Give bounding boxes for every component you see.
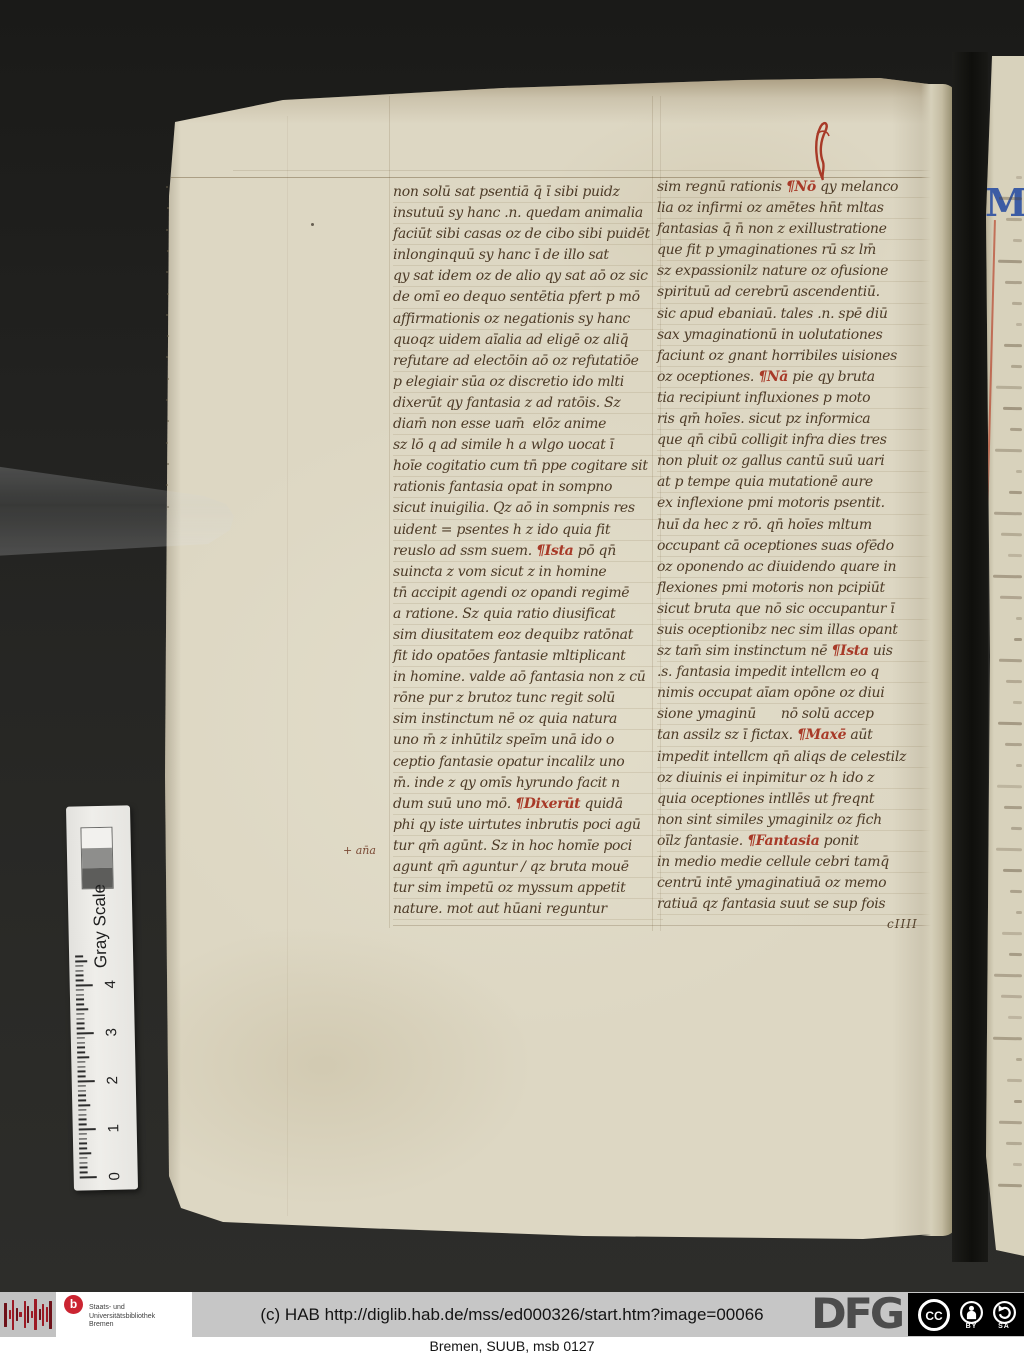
ink-text: ris qm̄ hoīes. sicut pz informica (657, 411, 870, 427)
ruler-tick (79, 1152, 91, 1154)
facing-page-text-fragment (996, 386, 1022, 390)
ink-text: sic apud ebaniaū. tales .n. spē diū (657, 306, 888, 322)
facing-page-text-fragment (999, 659, 1022, 663)
ink-text: tia recipiunt influxiones p moto (657, 390, 870, 406)
rubric-text: ¶Ista (536, 543, 573, 559)
ink-text: in homine. valde aō fantasia non z cū (393, 669, 645, 685)
ruler-tick (80, 1176, 97, 1178)
ruler-tick (78, 1076, 86, 1078)
ink-text: tur sim impetū oz myssum appetit (393, 880, 626, 896)
ink-text: tur qm̄ agūnt. Sz in hoc homīe poci (393, 838, 632, 854)
facing-page-text-fragment (1016, 911, 1022, 914)
facing-page-text-fragment (1010, 890, 1022, 893)
manuscript-line: sicut inuigilia. Qz aō in sompnis res (393, 498, 663, 519)
ruler-ticks: 01234 (66, 805, 130, 806)
facing-page-text-fragment (999, 1121, 1022, 1125)
facing-page-text-fragment (1011, 365, 1022, 368)
ruler-tick (78, 1100, 86, 1102)
ink-text: lia oz infirmi oz amētes hn̄t mltas (657, 200, 884, 216)
facing-page-text-fragment (1016, 176, 1022, 179)
ink-text: rationis fantasia opat in sompno (393, 479, 612, 495)
manuscript-line: tur qm̄ agūnt. Sz in hoc homīe poci (393, 836, 663, 857)
ink-text: quidā (580, 796, 622, 812)
facing-page-text-fragment (1009, 491, 1022, 494)
prick-mark (167, 463, 169, 465)
manuscript-line: tur sim impetū oz myssum appetit (393, 878, 663, 899)
facing-page-text-fragment (994, 512, 1022, 516)
ink-text: sim diusitatem eoz dequibz ratōnat (393, 627, 633, 643)
ink-text: aūt (846, 727, 872, 743)
ink-text: pie qy bruta (788, 369, 875, 385)
facing-page-text-fragment (1011, 827, 1022, 830)
manuscript-line: non sint similes ymaginilz oz fich (657, 810, 941, 831)
facing-page-text-fragment (1003, 407, 1022, 411)
ink-text: fantasias q̄ n̄ non z exillustratione (657, 221, 887, 237)
ink-text: ratiuā qz fantasia suut se sup fois (657, 896, 885, 912)
ink-text: de omī eo dequo sentētia pfert p mō (393, 289, 640, 305)
ink-text: sicut bruta que nō sic occupantur ī (657, 601, 894, 617)
ruler-tick (75, 960, 87, 962)
manuscript-line: inlonginquū sy hanc ī de illo sat (393, 245, 663, 266)
manuscript-line: in homine. valde aō fantasia non z cū (393, 667, 663, 688)
ruler-tick (77, 1028, 85, 1030)
facing-page-text-fragment (994, 974, 1022, 978)
ruler-tick (76, 1018, 84, 1020)
ruler-tick (78, 1104, 90, 1106)
facing-page-text-fragment (1001, 995, 1022, 999)
ink-text: uident = psentes h z ido quia fit (393, 522, 610, 538)
ink-text: non pluit oz gallus cantū suū uari (657, 453, 884, 469)
facing-page-text-fragment (1016, 470, 1022, 473)
facing-page-text-fragment (1000, 596, 1022, 600)
ink-text: diam̄ non esse uam̄ elōz anime (393, 416, 606, 432)
ruler-tick (80, 1167, 88, 1169)
facing-page-text-fragment (993, 575, 1022, 579)
ruler-tick (77, 1056, 89, 1058)
ink-fleck (311, 223, 314, 226)
ruler-tick (78, 1090, 86, 1092)
ruling-line-margin (287, 116, 288, 1216)
facing-page-text-fragment (1016, 323, 1022, 326)
ink-text: nimis occupat aīam opōne oz diui (657, 685, 884, 701)
ink-text: ex inflexione pmi motoris psentit. (657, 495, 885, 511)
ruler-tick (80, 1172, 88, 1174)
manuscript-line: uident = psentes h z ido quia fit (393, 520, 663, 541)
ink-text: centrū intē ymaginatiuā oz memo (657, 875, 886, 891)
ink-text: nature. mot aut hūani reguntur (393, 901, 607, 917)
ink-text: tan assilz sz ī fictax. (657, 727, 797, 743)
ink-text: quoqz uidem aīalia ad eligē oz aliq̄ (393, 332, 628, 348)
rubric-text: ¶Nō (786, 179, 816, 195)
manuscript-line: oz diuinis ei inpimitur oz h ido z (657, 768, 941, 789)
ruler-tick (79, 1133, 87, 1135)
facing-page-text-fragment (1004, 806, 1022, 810)
grayscale-patch (81, 828, 111, 849)
svg-text:CC: CC (925, 1309, 943, 1323)
rubric-text: ¶Nā (758, 369, 788, 385)
gutter-shadow (952, 52, 988, 1262)
manuscript-line: quoqz uidem aīalia ad eligē oz aliq̄ (393, 330, 663, 351)
ink-text: oz oponendo ac diuidendo quare in (657, 559, 896, 575)
ink-text: suincta z vom sicut z in homine (393, 564, 606, 580)
manuscript-line: phi qy iste uirtutes inbrutis poci agū (393, 815, 663, 836)
manuscript-line: affirmationis oz negationis sy hanc (393, 309, 663, 330)
ink-text: huī da hec z rō. qn̄ hoīes mltum (657, 517, 872, 533)
manuscript-line: m̄. inde z qy omīs hyrundo facit n (393, 773, 663, 794)
ruler-tick (77, 1042, 85, 1044)
ink-text: pō qn̄ (573, 543, 615, 559)
rubric-text: ¶Fantasia (747, 833, 819, 849)
ink-text: non sint similes ymaginilz oz fich (657, 812, 882, 828)
ink-text: tn̄ accipit agendi oz opandi regimē (393, 585, 629, 601)
ink-text: non solū sat psentiā q̄ ī sibi puidz (393, 184, 620, 200)
manuscript-line: dixerūt qy fantasia z ad ratōis. Sz (393, 393, 663, 414)
facing-page-text-fragment (1008, 1016, 1022, 1019)
ink-text: oz diuinis ei inpimitur oz h ido z (657, 770, 874, 786)
facing-page-text-fragment (1006, 1142, 1022, 1146)
manuscript-line: oz oceptiones. ¶Nā pie qy bruta (657, 367, 941, 388)
ruler-tick (79, 1162, 87, 1164)
facing-page-text-fragment (1006, 218, 1022, 222)
manuscript-line: faciunt oz gnant horribiles uisiones (657, 346, 941, 367)
ruler-label: Gray Scale (90, 884, 112, 968)
manuscript-line: impedit intellcm qn̄ aliqs de celestilz (657, 747, 941, 768)
manuscript-line: sim diusitatem eoz dequibz ratōnat (393, 625, 663, 646)
manuscript-line: .s. fantasia impedit intellcm eo q (657, 662, 941, 683)
ruler-number: 4 (102, 975, 119, 993)
prick-mark (167, 378, 169, 380)
ruler-tick (79, 1143, 87, 1145)
ink-text: refutare ad electōin aō oz refutatiōe (393, 353, 639, 369)
ink-text: inlonginquū sy hanc ī de illo sat (393, 247, 609, 263)
ink-text: que qn̄ cibū colligit infra dies tres (657, 432, 887, 448)
ruler-tick (77, 1032, 94, 1034)
ruler-tick (77, 1047, 85, 1049)
ruler-tick (77, 1037, 85, 1039)
ruling-line-col1 (389, 96, 390, 928)
rubric-text: ¶Dixerūt (515, 796, 580, 812)
manuscript-line: insutuū sy hanc .n. quedam animalia (393, 203, 663, 224)
dfg-logo: DFG (811, 1289, 902, 1338)
ruler-tick (78, 1080, 95, 1082)
manuscript-line: suincta z vom sicut z in homine (393, 562, 663, 583)
ruler-tick (79, 1138, 87, 1140)
ink-text: faciūt sibi casas oz de cibo sibi puidēt (393, 226, 650, 242)
facing-page-text-fragment (1014, 1100, 1022, 1103)
manuscript-line: non solū sat psentiā q̄ ī sibi puidz (393, 182, 663, 203)
manuscript-line: fit ido opatōes fantasie mltiplicant (393, 646, 663, 667)
ink-text: suis oceptionibz nec sim illas opant (657, 622, 898, 638)
ink-text: qy sat idem oz de alio qy sat aō oz sic (393, 268, 648, 284)
manuscript-line: oz oponendo ac diuidendo quare in (657, 557, 941, 578)
ruler-tick (78, 1095, 86, 1097)
prick-mark (166, 399, 168, 401)
ink-text: que fit p ymaginationes rū sz lm̄ (657, 242, 876, 258)
manuscript-line: nature. mot aut hūani reguntur (393, 899, 663, 920)
manuscript-line: sz expassionilz nature oz ofusione (657, 261, 941, 282)
ruler-tick (78, 1114, 86, 1116)
manuscript-line: nimis occupat aīam opōne oz diui (657, 683, 941, 704)
manuscript-line: lia oz infirmi oz amētes hn̄t mltas (657, 198, 941, 219)
manuscript-line: sz lō q ad simile h a wlgo uocat ī (393, 435, 663, 456)
ruler-tick (76, 980, 84, 982)
ink-text: rōne pur z brutoz tunc regit solū (393, 690, 615, 706)
ink-text: sim regnū rationis (657, 179, 786, 195)
cc-icon: CC (916, 1297, 952, 1333)
facing-page-text-fragment (1016, 1058, 1022, 1061)
grayscale-patch (82, 848, 112, 869)
footer-bar: b Staats- und Universitätsbibliothek Bre… (0, 1292, 1024, 1337)
prick-mark (167, 250, 169, 252)
facing-page-text-fragment (1013, 239, 1022, 242)
ruler-tick (76, 1013, 84, 1015)
ruler-tick (79, 1128, 96, 1130)
manuscript-line: spirituū ad cerebrū ascendentiū. (657, 282, 941, 303)
facing-page-text-fragment (1008, 554, 1022, 557)
facing-page-text-fragment (1013, 701, 1022, 704)
manuscript-line: rōne pur z brutoz tunc regit solū (393, 688, 663, 709)
ink-text: dixerūt qy fantasia z ad ratōis. Sz (393, 395, 620, 411)
ink-text: faciunt oz gnant horribiles uisiones (657, 348, 897, 364)
manuscript-line: tn̄ accipit agendi oz opandi regimē (393, 583, 663, 604)
facing-page-text-fragment (1005, 281, 1022, 285)
ink-text: sz lō q ad simile h a wlgo uocat ī (393, 437, 614, 453)
manuscript-line: reuslo ad ssm suem. ¶Ista pō qn̄ (393, 541, 663, 562)
ruler-tick (79, 1157, 87, 1159)
facing-page-text-fragment (1004, 344, 1022, 348)
ruler-tick (75, 965, 83, 967)
ink-text: fit ido opatōes fantasie mltiplicant (393, 648, 626, 664)
ruler-tick (78, 1071, 86, 1073)
ink-text: in medio medie cellule cebri tamq̄ (657, 854, 889, 870)
manuscript-line: agunt qm̄ aguntur / qz bruta mouē (393, 857, 663, 878)
ruler-tick (77, 1066, 85, 1068)
manuscript-line: sione ymaginū nō solū accep (657, 704, 941, 725)
prick-mark (166, 186, 168, 188)
ink-text: uno m̄ z inhūtilz speīm unā ido o (393, 732, 614, 748)
ruling-line-top (233, 170, 951, 171)
ink-text: sax ymaginationū in uolutationes (657, 327, 883, 343)
ink-text: quia oceptiones intllēs ut freqnt (657, 791, 874, 807)
manuscript-line: sic apud ebaniaū. tales .n. spē diū (657, 304, 941, 325)
ruler-number: 1 (105, 1119, 122, 1137)
facing-page-text-fragment (995, 449, 1022, 453)
manuscript-line: flexiones pmi motoris non pcipiūt (657, 578, 941, 599)
facing-page-text-fragment (1002, 932, 1022, 936)
manuscript-line: p elegiair sūa oz discretio ido mlti (393, 372, 663, 393)
ink-text: a ratione. Sz quia ratio diusificat (393, 606, 615, 622)
manuscript-line: centrū intē ymaginatiuā oz memo (657, 873, 941, 894)
facing-page-text-fragment (1010, 428, 1022, 431)
facing-page-text-fragment (1001, 533, 1022, 537)
manuscript-line: sicut bruta que nō sic occupantur ī (657, 599, 941, 620)
manuscript-line: oīlz fantasie. ¶Fantasia ponit (657, 831, 941, 852)
manuscript-line: a ratione. Sz quia ratio diusificat (393, 604, 663, 625)
ink-text: oz oceptiones. (657, 369, 758, 385)
manuscript-line: in medio medie cellule cebri tamq̄ (657, 852, 941, 873)
ink-text: reuslo ad ssm suem. (393, 543, 536, 559)
ruler-number: 2 (104, 1071, 121, 1089)
manuscript-line: huī da hec z rō. qn̄ hoīes mltum (657, 515, 941, 536)
facing-page-text-fragment (998, 1184, 1022, 1188)
facing-page-text-fragment (1012, 302, 1022, 305)
facing-page-text-fragment (998, 722, 1022, 726)
ruler-number: 3 (103, 1023, 120, 1041)
marginal-note: + an̄a (343, 844, 376, 857)
manuscript-column-right: sim regnū rationis ¶Nō qy melancolia oz … (657, 177, 941, 915)
manuscript-line: uno m̄ z inhūtilz speīm unā ido o (393, 730, 663, 751)
prick-mark (167, 207, 169, 209)
ruler-tick (75, 956, 83, 958)
rubric-text: ¶Ista (831, 643, 868, 659)
facing-page-text-fragment (998, 260, 1022, 264)
ruler-tick (77, 1023, 85, 1025)
ruler-tick (76, 1004, 84, 1006)
facing-page-text-fragment (1016, 764, 1022, 767)
ruler-tick (76, 999, 84, 1001)
manuscript-line: sax ymaginationū in uolutationes (657, 325, 941, 346)
ruler-tick (76, 1008, 88, 1010)
ink-text: p elegiair sūa oz discretio ido mlti (393, 374, 624, 390)
ruler-number: 0 (106, 1167, 123, 1185)
manuscript-line: tia recipiunt influxiones p moto (657, 388, 941, 409)
ink-text: ceptio fantasie opatur incalilz uno (393, 754, 624, 770)
caption: Bremen, SUUB, msb 0127 (0, 1337, 1024, 1358)
ink-text: sz expassionilz nature oz ofusione (657, 263, 888, 279)
facing-page-text-fragment (997, 785, 1022, 789)
ink-text: dum suū uno mō. (393, 796, 515, 812)
ink-text: sz tam̄ sim instinctum nē (657, 643, 831, 659)
cc-license-badge: CC BY SA (908, 1293, 1024, 1336)
ruler-tick (78, 1109, 86, 1111)
ruler-tick (77, 1061, 85, 1063)
prick-mark (166, 314, 168, 316)
cc-by-icon (959, 1300, 984, 1325)
facing-page-text-fragment (1009, 953, 1022, 956)
facing-page-text-fragment (1014, 638, 1022, 641)
manuscript-line: qy sat idem oz de alio qy sat aō oz sic (393, 266, 663, 287)
manuscript-column-left: non solū sat psentiā q̄ ī sibi puidzinsu… (393, 182, 663, 920)
ink-text: .s. fantasia impedit intellcm eo q (657, 664, 879, 680)
manuscript-line: ex inflexione pmi motoris psentit. (657, 493, 941, 514)
facing-page-text-fragment (993, 1037, 1022, 1041)
manuscript-photo: non solū sat psentiā q̄ ī sibi puidzinsu… (0, 0, 1024, 1292)
cc-sa-label: SA (998, 1323, 1010, 1330)
cc-sa-icon (992, 1300, 1017, 1325)
facing-page-text-fragment (1006, 680, 1022, 684)
facing-page-text-fragment (1007, 1079, 1022, 1083)
manuscript-line: diam̄ non esse uam̄ elōz anime (393, 414, 663, 435)
prick-mark (166, 356, 168, 358)
rubric-flourish (809, 120, 831, 182)
ink-text: phi qy iste uirtutes inbrutis poci agū (393, 817, 641, 833)
ruler-tick (78, 1085, 86, 1087)
facing-page-text-fragment (996, 848, 1022, 852)
ink-text: sicut inuigilia. Qz aō in sompnis res (393, 500, 635, 516)
ink-text: m̄. inde z qy omīs hyrundo facit n (393, 775, 620, 791)
quire-signature: cIIII (887, 917, 918, 931)
facing-page-text-fragment (1005, 743, 1022, 747)
prick-mark (166, 442, 168, 444)
manuscript-line: sim instinctum nē oz quia natura (393, 709, 663, 730)
ink-text: spirituū ad cerebrū ascendentiū. (657, 284, 880, 300)
facing-page-sliver: M (984, 56, 1024, 1256)
ink-text: sione ymaginū nō solū accep (657, 706, 874, 722)
manuscript-line: non pluit oz gallus cantū suū uari (657, 451, 941, 472)
manuscript-line: hoīe cogitatio cum tn̄ ppe cogitare sit (393, 456, 663, 477)
facing-page-text-fragment (1013, 1163, 1022, 1166)
manuscript-line: faciūt sibi casas oz de cibo sibi puidēt (393, 224, 663, 245)
manuscript-line: fantasias q̄ n̄ non z exillustratione (657, 219, 941, 240)
manuscript-line: ris qm̄ hoīes. sicut pz informica (657, 409, 941, 430)
prick-mark (166, 271, 168, 273)
ruler-tick (79, 1119, 87, 1121)
manuscript-line: ratiuā qz fantasia suut se sup fois (657, 894, 941, 915)
manuscript-line: que qn̄ cibū colligit infra dies tres (657, 430, 941, 451)
manuscript-line: suis oceptionibz nec sim illas opant (657, 620, 941, 641)
manuscript-line: tan assilz sz ī fictax. ¶Maxē aūt (657, 725, 941, 746)
ruler-tick (79, 1124, 87, 1126)
manuscript-line: occupant cā oceptiones suas ofēdo (657, 536, 941, 557)
ink-text: hoīe cogitatio cum tn̄ ppe cogitare sit (393, 458, 648, 474)
ink-text: agunt qm̄ aguntur / qz bruta mouē (393, 859, 629, 875)
ink-text: at p tempe quia mutationē aure (657, 474, 873, 490)
manuscript-line: ceptio fantasie opatur incalilz uno (393, 752, 663, 773)
prick-mark (166, 229, 168, 231)
ink-text: uis (869, 643, 893, 659)
ink-text: sim instinctum nē oz quia natura (393, 711, 617, 727)
manuscript-line: de omī eo dequo sentētia pfert p mō (393, 287, 663, 308)
ink-text: impedit intellcm qn̄ aliqs de celestilz (657, 749, 906, 765)
ink-text: flexiones pmi motoris non pcipiūt (657, 580, 885, 596)
prick-mark (167, 293, 169, 295)
manuscript-page: non solū sat psentiā q̄ ī sibi puidzinsu… (163, 76, 962, 1240)
ruler-tick (79, 1148, 87, 1150)
ink-text: qy melanco (816, 179, 898, 195)
ruler-tick (76, 994, 84, 996)
grayscale-ruler: Gray Scale 01234 (66, 805, 138, 1190)
ink-text: occupant cā oceptiones suas ofēdo (657, 538, 894, 554)
facing-page-text-fragment (1003, 869, 1022, 873)
ink-text: ponit (820, 833, 859, 849)
manuscript-line: at p tempe quia mutationē aure (657, 472, 941, 493)
ink-text: affirmationis oz negationis sy hanc (393, 311, 630, 327)
manuscript-line: quia oceptiones intllēs ut freqnt (657, 789, 941, 810)
manuscript-line: que fit p ymaginationes rū sz lm̄ (657, 240, 941, 261)
ruling-line-bottom (393, 925, 945, 926)
manuscript-line: refutare ad electōin aō oz refutatiōe (393, 351, 663, 372)
manuscript-line: sz tam̄ sim instinctum nē ¶Ista uis (657, 641, 941, 662)
manuscript-line: sim regnū rationis ¶Nō qy melanco (657, 177, 941, 198)
ruler-tick (77, 1052, 85, 1054)
ruler-tick (76, 984, 93, 986)
manuscript-line: dum suū uno mō. ¶Dixerūt quidā (393, 794, 663, 815)
ink-text: insutuū sy hanc .n. quedam animalia (393, 205, 643, 221)
ruler-tick (76, 975, 84, 977)
rubric-text: ¶Maxē (797, 727, 846, 743)
ink-text: oīlz fantasie. (657, 833, 747, 849)
cc-by-label: BY (966, 1323, 978, 1330)
ruler-tick (76, 989, 84, 991)
ruler-tick (75, 970, 83, 972)
manuscript-line: rationis fantasia opat in sompno (393, 477, 663, 498)
facing-page-text-fragment (1016, 617, 1022, 620)
